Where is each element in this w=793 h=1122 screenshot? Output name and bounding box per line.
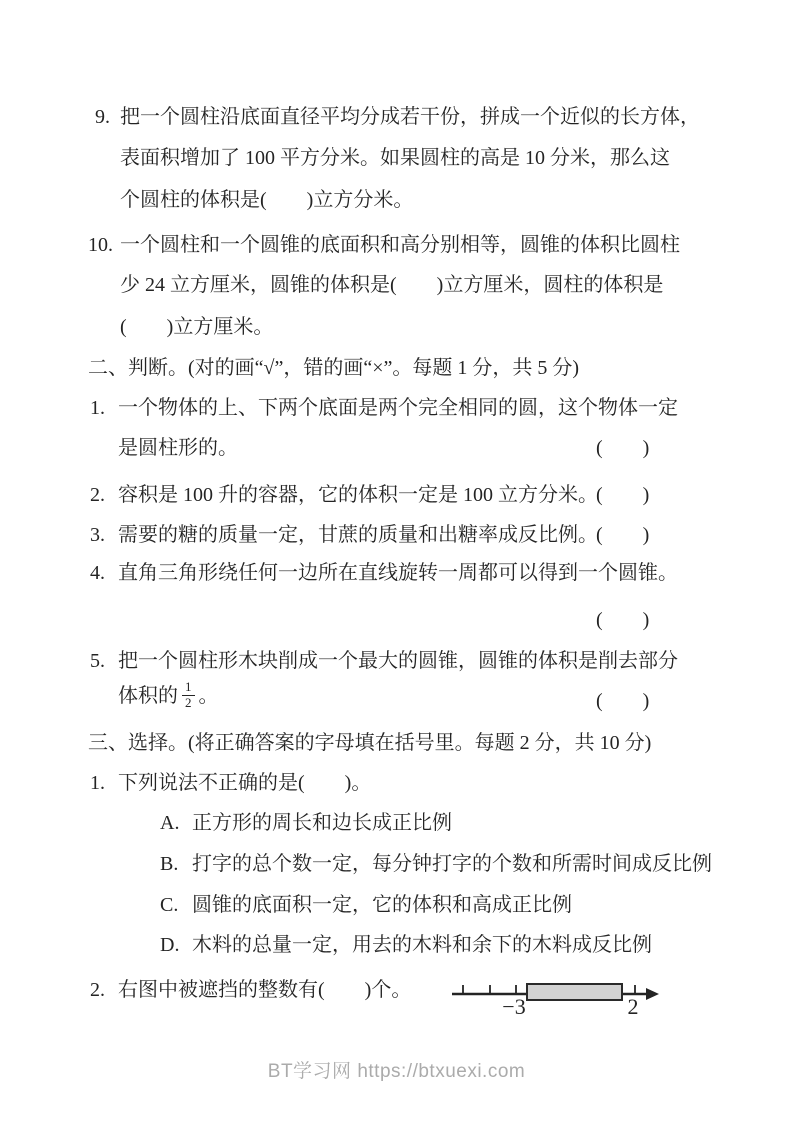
- question-text: 一个圆柱和一个圆锥的底面积和高分别相等，圆锥的体积比圆柱: [120, 234, 680, 256]
- question-9-line-2: 表面积增加了 100 平方分米。如果圆柱的高是 10 分米，那么这: [120, 145, 670, 171]
- option-text: 正方形的周长和边长成正比例: [192, 812, 452, 834]
- question-text: 。: [199, 685, 219, 707]
- choice-1-line: 1.下列说法不正确的是( )。: [90, 770, 371, 796]
- fraction-numerator: 1: [182, 680, 195, 695]
- judge-5-line-1: 5.把一个圆柱形木块削成一个最大的圆锥，圆锥的体积是削去部分: [90, 648, 678, 674]
- question-text: 表面积增加了 100 平方分米。如果圆柱的高是 10 分米，那么这: [120, 147, 670, 169]
- question-number: 1.: [90, 395, 118, 421]
- question-text: 直角三角形绕任何一边所在直线旋转一周都可以得到一个圆锥。: [118, 562, 678, 584]
- tick-label-minus3: −3: [502, 994, 525, 1019]
- question-number: 2.: [90, 482, 118, 508]
- option-letter: B.: [160, 851, 192, 877]
- watermark-footer: BT学习网 https://btxuexi.com: [0, 1056, 793, 1083]
- option-text: 木料的总量一定，用去的木料和余下的木料成反比例: [192, 934, 652, 956]
- question-text: 是圆柱形的。: [118, 437, 238, 459]
- question-text: 右图中被遮挡的整数有( )个。: [118, 979, 411, 1001]
- judge-4-line: 4.直角三角形绕任何一边所在直线旋转一周都可以得到一个圆锥。: [90, 560, 678, 586]
- fraction-one-half: 12: [182, 680, 195, 711]
- question-text: 少 24 立方厘米，圆锥的体积是( )立方厘米，圆柱的体积是: [120, 274, 663, 296]
- question-number: 3.: [90, 522, 118, 548]
- choice-1-option-c: C.圆锥的底面积一定，它的体积和高成正比例: [160, 892, 572, 918]
- question-text: 一个物体的上、下两个底面是两个完全相同的圆，这个物体一定: [118, 397, 678, 419]
- choice-1-option-d: D.木料的总量一定，用去的木料和余下的木料成反比例: [160, 932, 652, 958]
- choice-1-option-b: B.打字的总个数一定，每分钟打字的个数和所需时间成反比例: [160, 851, 712, 877]
- question-text: 容积是 100 升的容器，它的体积一定是 100 立方分米。: [118, 484, 598, 506]
- question-number: 5.: [90, 648, 118, 674]
- fraction-denominator: 2: [182, 695, 195, 711]
- judge-2-line: 2.容积是 100 升的容器，它的体积一定是 100 立方分米。: [90, 482, 598, 508]
- tick-label-2: 2: [628, 994, 639, 1019]
- question-10-line-3: ( )立方厘米。: [120, 314, 273, 340]
- number-line-figure: −3 2: [443, 968, 665, 1020]
- question-number: 2.: [90, 977, 118, 1003]
- question-10-line-2: 少 24 立方厘米，圆锥的体积是( )立方厘米，圆柱的体积是: [120, 272, 663, 298]
- judge-3-line: 3.需要的糖的质量一定，甘蔗的质量和出糖率成反比例。: [90, 522, 598, 548]
- question-text: 下列说法不正确的是( )。: [118, 772, 371, 794]
- option-letter: D.: [160, 932, 192, 958]
- question-10-line-1: 10.一个圆柱和一个圆锥的底面积和高分别相等，圆锥的体积比圆柱: [88, 232, 680, 258]
- question-number: 10.: [88, 232, 120, 258]
- question-text: 把一个圆柱形木块削成一个最大的圆锥，圆锥的体积是削去部分: [118, 650, 678, 672]
- worksheet-page: 9.把一个圆柱沿底面直径平均分成若干份，拼成一个近似的长方体， 表面积增加了 1…: [0, 0, 793, 1122]
- question-text: 体积的: [118, 685, 178, 707]
- option-letter: A.: [160, 810, 192, 836]
- judge-1-answer-bracket: ( ): [596, 435, 649, 461]
- question-number: 4.: [90, 560, 118, 586]
- question-text: 个圆柱的体积是( )立方分米。: [120, 189, 413, 211]
- section-judge-heading: 二、判断。(对的画“√”，错的画“×”。每题 1 分，共 5 分): [88, 355, 579, 381]
- covering-rectangle: [527, 984, 622, 1000]
- question-text: 把一个圆柱沿底面直径平均分成若干份，拼成一个近似的长方体，: [120, 106, 700, 128]
- judge-1-line-2: 是圆柱形的。: [118, 435, 238, 461]
- judge-2-answer-bracket: ( ): [596, 482, 649, 508]
- judge-4-answer-bracket: ( ): [596, 607, 649, 633]
- option-letter: C.: [160, 892, 192, 918]
- question-9-line-1: 9.把一个圆柱沿底面直径平均分成若干份，拼成一个近似的长方体，: [95, 104, 700, 130]
- judge-5-answer-bracket: ( ): [596, 688, 649, 714]
- judge-1-line-1: 1.一个物体的上、下两个底面是两个完全相同的圆，这个物体一定: [90, 395, 678, 421]
- arrowhead-icon: [646, 988, 659, 1000]
- question-number: 1.: [90, 770, 118, 796]
- question-text: ( )立方厘米。: [120, 316, 273, 338]
- question-text: 需要的糖的质量一定，甘蔗的质量和出糖率成反比例。: [118, 524, 598, 546]
- choice-1-option-a: A.正方形的周长和边长成正比例: [160, 810, 452, 836]
- section-choice-heading: 三、选择。(将正确答案的字母填在括号里。每题 2 分，共 10 分): [88, 730, 651, 756]
- judge-5-line-2: 体积的12。: [118, 682, 219, 713]
- option-text: 圆锥的底面积一定，它的体积和高成正比例: [192, 894, 572, 916]
- choice-2-line: 2.右图中被遮挡的整数有( )个。: [90, 977, 411, 1003]
- judge-3-answer-bracket: ( ): [596, 522, 649, 548]
- question-number: 9.: [95, 104, 120, 130]
- option-text: 打字的总个数一定，每分钟打字的个数和所需时间成反比例: [192, 853, 712, 875]
- question-9-line-3: 个圆柱的体积是( )立方分米。: [120, 187, 413, 213]
